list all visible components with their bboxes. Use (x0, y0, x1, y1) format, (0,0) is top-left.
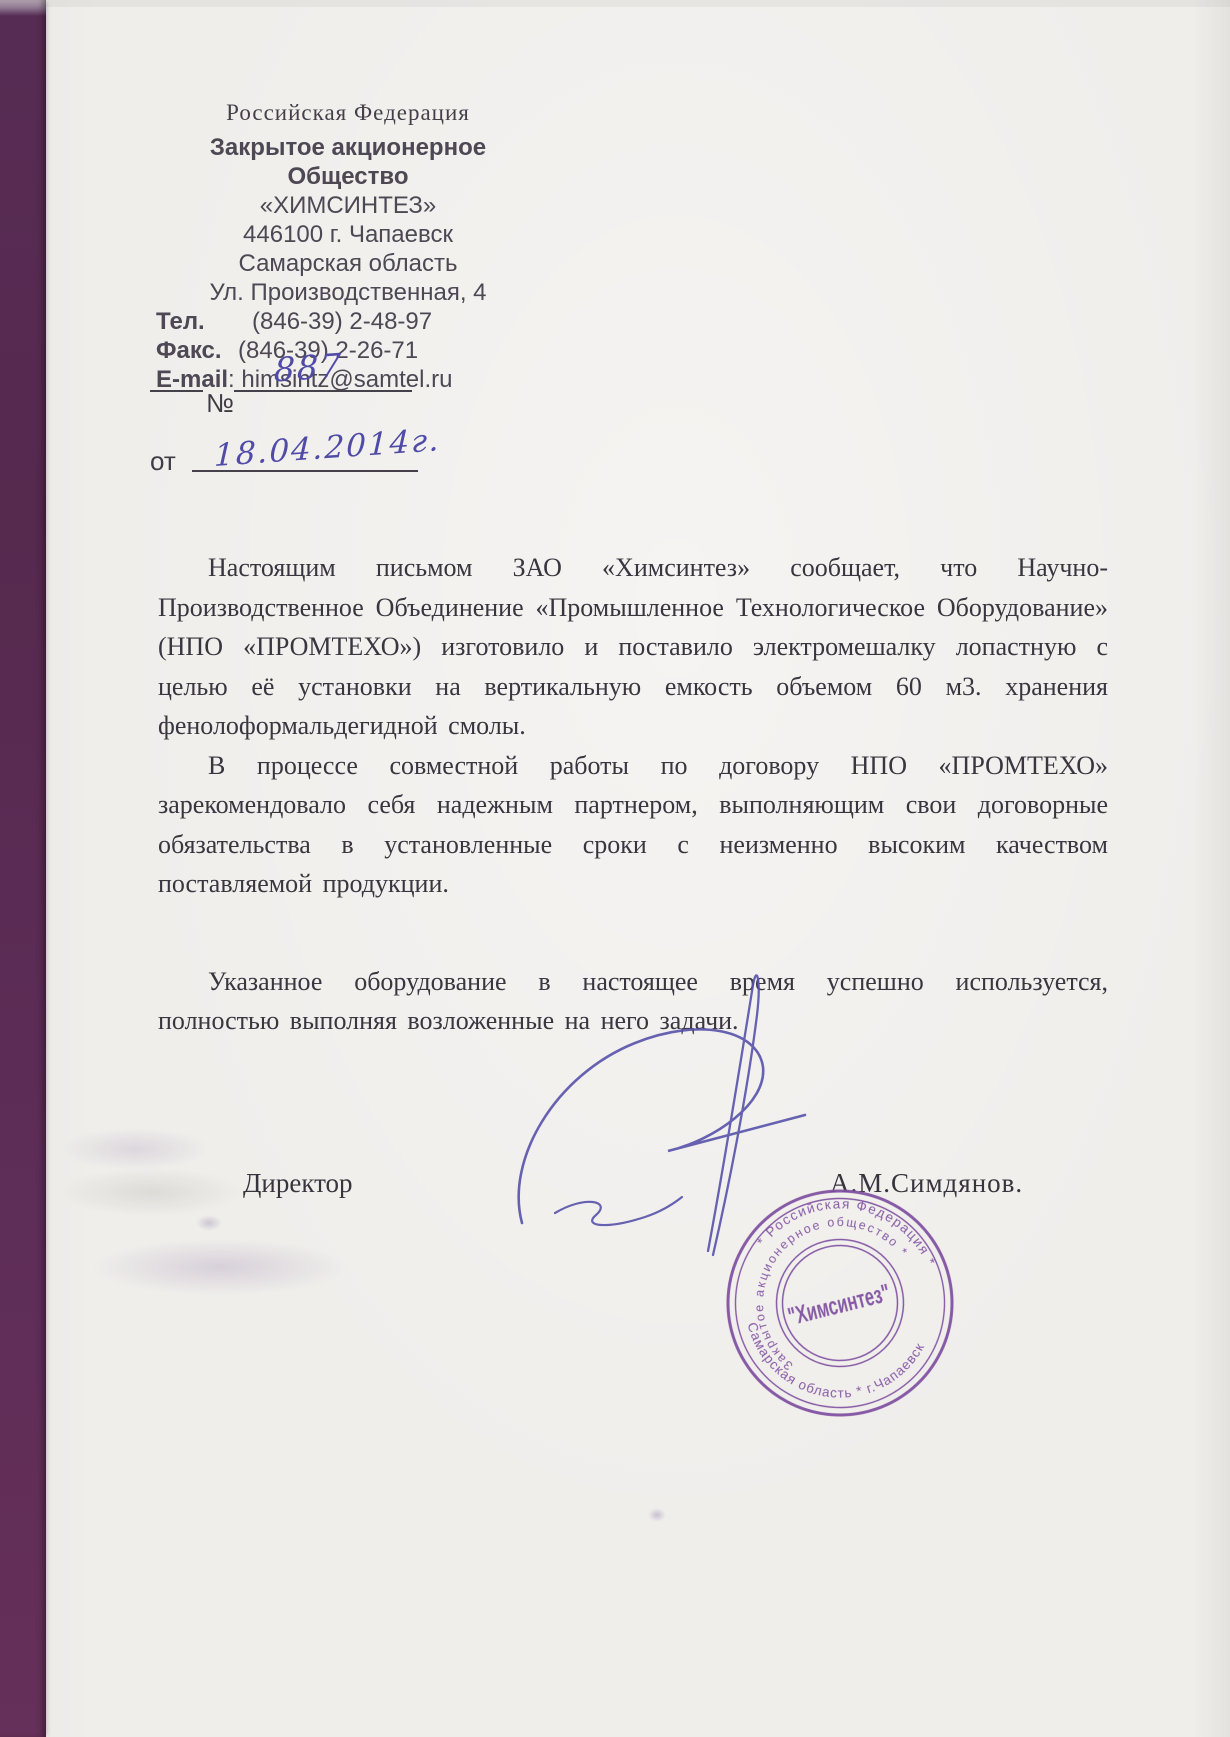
ref-blank-line (150, 390, 203, 392)
letterhead-street: Ул. Производственная, 4 (128, 278, 568, 307)
ink-smudge (88, 1238, 353, 1296)
letterhead-fax-row: Факс.(846-39) 2-26-71 (128, 336, 568, 365)
letterhead-country: Российская Федерация (128, 100, 568, 126)
handwritten-date: 18.04.2014г. (214, 422, 442, 474)
letterhead-region: Самарская область (128, 249, 568, 278)
letterhead: Российская Федерация Закрытое акционерно… (128, 100, 568, 394)
ink-smudge (196, 1215, 222, 1231)
ref-date-label: от (150, 446, 176, 477)
fax-label: Факс. (156, 336, 238, 365)
ink-smudge (648, 1508, 666, 1522)
letterhead-org-line2: Общество (128, 162, 568, 191)
ref-date-line: 18.04.2014г. (192, 470, 418, 472)
ref-number-label: № (206, 388, 234, 419)
body-paragraph-1: Настоящим письмом ЗАО «Химсинтез» сообща… (158, 548, 1108, 746)
phone-value: (846-39) 2-48-97 (252, 308, 432, 335)
folder-spine (0, 0, 46, 1737)
ink-smudge (58, 1168, 243, 1216)
ink-smudge (60, 1128, 210, 1170)
letterhead-org-name: «ХИМСИНТЕЗ» (128, 191, 568, 220)
stamp-center-text: "Химсинтез" (785, 1279, 893, 1331)
phone-label: Тел. (156, 307, 252, 336)
signer-title: Директор (243, 1168, 353, 1199)
body-paragraph-2: В процессе совместной работы по договору… (158, 746, 1108, 904)
handwritten-number: 887 (273, 345, 343, 389)
scanned-letter-page: Российская Федерация Закрытое акционерно… (0, 0, 1230, 1737)
letterhead-postcode-city: 446100 г. Чапаевск (128, 220, 568, 249)
ref-number-line: 887 (234, 390, 412, 392)
scan-edge-shade (0, 0, 1230, 7)
letterhead-org-line1: Закрытое акционерное (128, 133, 568, 162)
director-signature (500, 955, 830, 1265)
letterhead-phone-row: Тел.(846-39) 2-48-97 (128, 307, 568, 336)
